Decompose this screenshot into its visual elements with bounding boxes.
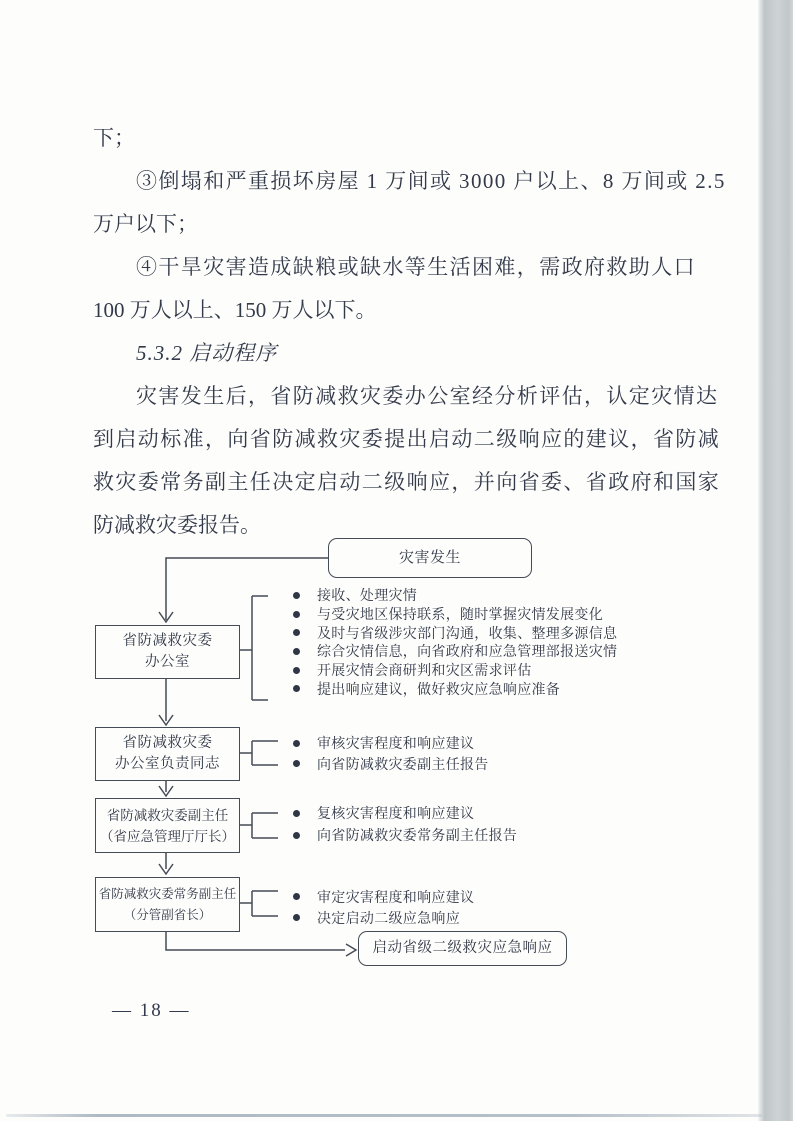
task-item: 审定灾害程度和响应建议 — [293, 886, 474, 907]
task-item: 复核灾害程度和响应建议 — [293, 802, 517, 824]
section-heading: 5.3.2 启动程序 — [93, 332, 709, 375]
bullet-icon — [293, 648, 300, 655]
body-line: ④干旱灾害造成缺粮或缺水等生活困难，需政府救助人口 — [93, 246, 709, 289]
task-item-label: 复核灾害程度和响应建议 — [317, 803, 474, 823]
task-item: 接收、处理灾情 — [293, 586, 617, 605]
task-item: 向省防减救灾委常务副主任报告 — [293, 824, 517, 846]
task-group-2: 审核灾害程度和响应建议 向省防减救灾委副主任报告 — [293, 733, 489, 774]
task-item: 审核灾害程度和响应建议 — [293, 733, 489, 754]
bullet-icon — [293, 914, 300, 921]
task-item: 提出响应建议，做好救灾应急响应准备 — [293, 679, 617, 698]
flow-start-box: 灾害发生 — [328, 538, 532, 578]
bullet-icon — [293, 740, 300, 747]
task-item-label: 综合灾情信息，向省政府和应急管理部报送灾情 — [317, 641, 617, 661]
flow-end-label: 启动省级二级救灾应急响应 — [373, 938, 553, 959]
flow-box-label: （省应急管理厅厅长） — [100, 826, 235, 847]
task-item-label: 接收、处理灾情 — [317, 585, 417, 605]
task-item-label: 及时与省级涉灾部门沟通，收集、整理多源信息 — [317, 623, 617, 643]
page-number: — 18 — — [112, 1000, 191, 1022]
bullet-icon — [293, 893, 300, 900]
body-line: 万户以下； — [93, 203, 709, 246]
flow-end-box: 启动省级二级救灾应急响应 — [358, 931, 567, 966]
task-item-label: 审定灾害程度和响应建议 — [317, 887, 474, 907]
task-group-3: 复核灾害程度和响应建议 向省防减救灾委常务副主任报告 — [293, 802, 517, 846]
task-item-label: 提出响应建议，做好救灾应急响应准备 — [317, 679, 560, 699]
arrow-down-icon — [159, 612, 173, 622]
flow-box-label: 省防减救灾委副主任 — [107, 805, 229, 826]
bracket-group-4 — [238, 891, 278, 916]
body-line: 到启动标准，向省防减救灾委提出启动二级响应的建议，省防减 — [93, 418, 709, 461]
body-line: 灾害发生后，省防减救灾委办公室经分析评估，认定灾情达 — [93, 375, 709, 418]
task-item: 开展灾情会商研判和灾区需求评估 — [293, 661, 617, 680]
bullet-icon — [293, 832, 300, 839]
task-item-label: 决定启动二级应急响应 — [317, 908, 460, 928]
scan-bottom-line — [6, 1114, 762, 1117]
flow-box-office: 省防减救灾委 办公室 — [95, 625, 240, 679]
flow-box-label: 省防减救灾委 — [123, 631, 213, 652]
bullet-icon — [293, 611, 300, 618]
bullet-icon — [293, 629, 300, 636]
flow-box-office-leader: 省防减救灾委 办公室负责同志 — [95, 727, 240, 781]
scan-edge-shadow — [758, 0, 793, 1121]
body-line: 下； — [93, 117, 709, 160]
task-item: 决定启动二级应急响应 — [293, 907, 474, 928]
flow-box-label: 省防减救灾委常务副主任 — [99, 884, 237, 905]
flow-box-label: 省防减救灾委 — [123, 733, 213, 754]
task-item-label: 向省防减救灾委常务副主任报告 — [317, 825, 517, 845]
bullet-icon — [293, 592, 300, 599]
task-group-4: 审定灾害程度和响应建议 决定启动二级应急响应 — [293, 886, 474, 928]
task-group-1: 接收、处理灾情 与受灾地区保持联系，随时掌握灾情发展变化 及时与省级涉灾部门沟通… — [293, 586, 617, 698]
arrow-right-icon — [346, 944, 356, 956]
task-item-label: 开展灾情会商研判和灾区需求评估 — [317, 660, 532, 680]
flow-start-label: 灾害发生 — [399, 548, 461, 569]
scanned-document-page: 下； ③倒塌和严重损坏房屋 1 万间或 3000 户以上、8 万间或 2.5 万… — [0, 0, 793, 1121]
bracket-group-3 — [238, 813, 278, 838]
task-item: 综合灾情信息，向省政府和应急管理部报送灾情 — [293, 642, 617, 661]
task-item-label: 审核灾害程度和响应建议 — [317, 733, 474, 753]
bracket-group-2 — [238, 741, 278, 765]
bullet-icon — [293, 667, 300, 674]
arrow-down-icon — [159, 864, 173, 874]
flow-box-vice-director: 省防减救灾委副主任 （省应急管理厅厅长） — [95, 798, 240, 853]
flow-box-label: 办公室负责同志 — [115, 754, 220, 775]
body-line: 救灾委常务副主任决定启动二级响应，并向省委、省政府和国家 — [93, 461, 709, 504]
flow-box-executive-vice-director: 省防减救灾委常务副主任 （分管副省长） — [95, 877, 240, 932]
task-item: 及时与省级涉灾部门沟通，收集、整理多源信息 — [293, 623, 617, 642]
task-item: 向省防减救灾委副主任报告 — [293, 754, 489, 775]
task-item-label: 与受灾地区保持联系，随时掌握灾情发展变化 — [317, 604, 603, 624]
task-item-label: 向省防减救灾委副主任报告 — [317, 754, 489, 774]
arrow-down-icon — [159, 715, 173, 725]
document-body: 下； ③倒塌和严重损坏房屋 1 万间或 3000 户以上、8 万间或 2.5 万… — [93, 117, 709, 547]
flow-box-label: （分管副省长） — [124, 905, 212, 926]
body-line: ③倒塌和严重损坏房屋 1 万间或 3000 户以上、8 万间或 2.5 — [93, 160, 709, 203]
task-item: 与受灾地区保持联系，随时掌握灾情发展变化 — [293, 605, 617, 624]
arrow-down-icon — [159, 786, 173, 796]
connector-box4-to-end — [166, 930, 345, 950]
bracket-group-1 — [238, 596, 268, 700]
flow-box-label: 办公室 — [145, 652, 190, 673]
bullet-icon — [293, 810, 300, 817]
body-line: 100 万人以上、150 万人以下。 — [93, 289, 709, 332]
bullet-icon — [293, 685, 300, 692]
bullet-icon — [293, 760, 300, 767]
